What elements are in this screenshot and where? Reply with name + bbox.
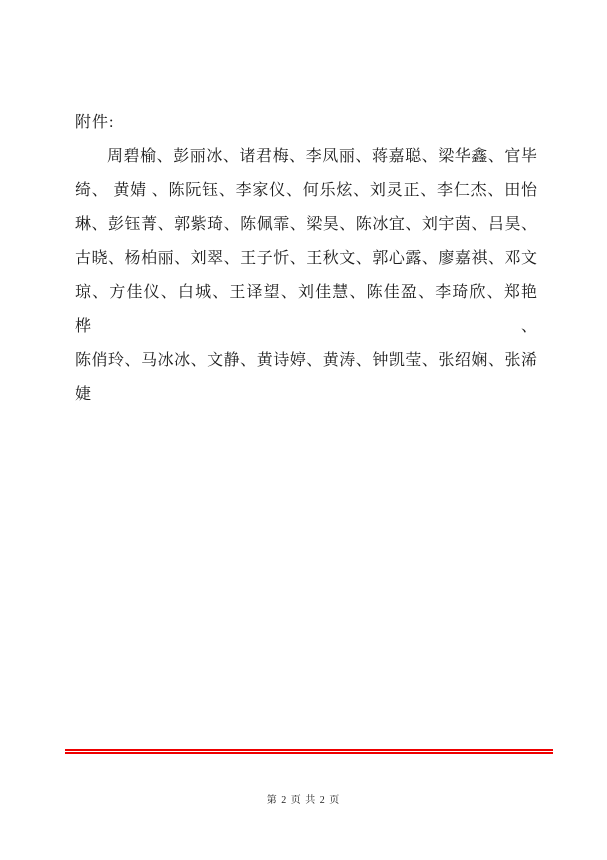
attachment-heading: 附件: xyxy=(75,106,537,140)
attachment-section: 附件: 周碧榆、彭丽冰、诸君梅、李凤丽、蒋嘉聪、梁华鑫、官毕 绮、 黄婧 、陈阮… xyxy=(75,106,537,412)
name-list-line: 琼、方佳仪、白城、王译望、刘佳慧、陈佳盈、李琦欣、郑艳桦、 xyxy=(75,276,537,344)
name-list-line: 陈俏玲、马冰冰、文静、黄诗婷、黄涛、钟凯莹、张绍娴、张浠 xyxy=(75,344,537,378)
page-number: 第 2 页 共 2 页 xyxy=(0,795,607,807)
name-list-line: 婕 xyxy=(75,378,537,412)
name-list-line: 绮、 黄婧 、陈阮钰、李家仪、何乐炫、刘灵正、李仁杰、田怡 xyxy=(75,174,537,208)
footer-separator-line xyxy=(65,749,553,754)
name-list: 周碧榆、彭丽冰、诸君梅、李凤丽、蒋嘉聪、梁华鑫、官毕 绮、 黄婧 、陈阮钰、李家… xyxy=(75,140,537,412)
name-list-line: 古晓、杨柏丽、刘翠、王子忻、王秋文、郭心露、廖嘉祺、邓文 xyxy=(75,242,537,276)
document-page: 附件: 周碧榆、彭丽冰、诸君梅、李凤丽、蒋嘉聪、梁华鑫、官毕 绮、 黄婧 、陈阮… xyxy=(0,0,607,860)
name-list-line: 周碧榆、彭丽冰、诸君梅、李凤丽、蒋嘉聪、梁华鑫、官毕 xyxy=(75,140,537,174)
name-list-line: 琳、彭钰菁、郭紫琦、陈佩霏、梁昊、陈冰宜、刘宇茵、吕昊、 xyxy=(75,208,537,242)
